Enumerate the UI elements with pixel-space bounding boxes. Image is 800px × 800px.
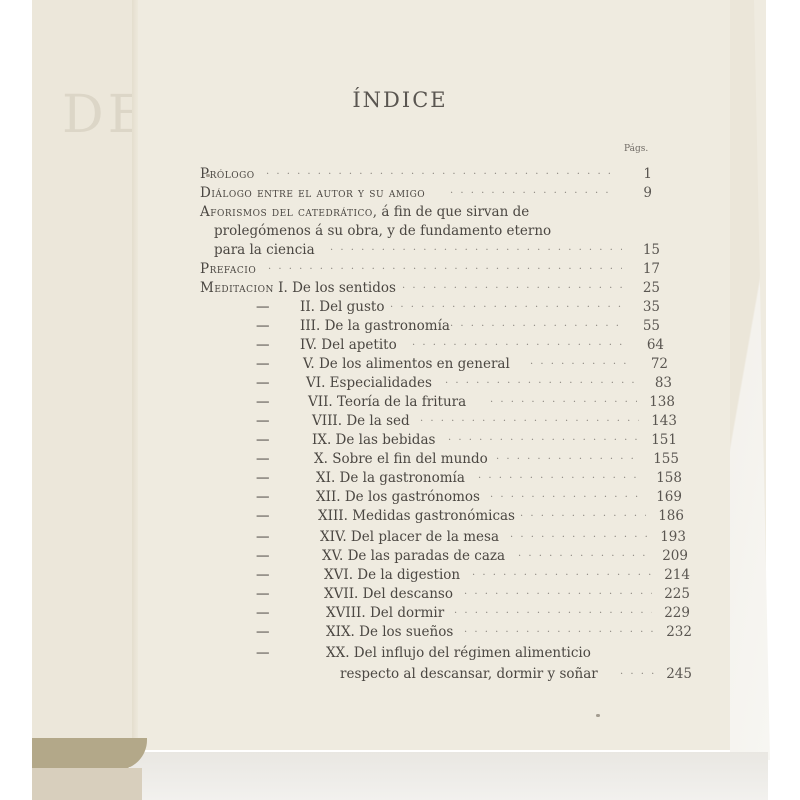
page-number: 55 <box>620 318 660 334</box>
toc-entry-label: XIX. De los sueños <box>326 624 453 640</box>
toc-entry-label: Diálogo entre el autor y su amigo <box>200 185 425 201</box>
toc-entry: —XVIII. Del dormir. . . . . . . . . . . … <box>200 605 720 624</box>
toc-entry: Prefacio. . . . . . . . . . . . . . . . … <box>200 261 720 280</box>
toc-entry: —XIII. Medidas gastronómicas. . . . . . … <box>200 508 720 527</box>
page-number: 72 <box>628 356 668 372</box>
toc-entry: —IV. Del apetito. . . . . . . . . . . . … <box>200 337 720 356</box>
cloth-binding <box>32 738 147 770</box>
toc-entry-label: prolegómenos á su obra, y de fundamento … <box>214 223 551 239</box>
dot-leader: . . . . . . . . . . . . . . . . . . . . … <box>330 242 622 253</box>
page-number: 186 <box>644 508 684 524</box>
dot-leader: . . . . . . . . . . . . . . . . . . . . … <box>530 356 630 367</box>
toc-entry: —II. Del gusto. . . . . . . . . . . . . … <box>200 299 720 318</box>
toc-entry: —XII. De los gastrónomos. . . . . . . . … <box>200 489 720 508</box>
toc-entry-label: XVIII. Del dormir <box>326 605 444 621</box>
toc-entry: Diálogo entre el autor y su amigo. . . .… <box>200 185 720 204</box>
toc-entry-label: II. Del gusto <box>300 299 385 315</box>
dot-leader: . . . . . . . . . . . . . . . . . . . . … <box>510 529 648 540</box>
toc-entry-label: VIII. De la sed <box>312 413 410 429</box>
page-number: 225 <box>650 586 690 602</box>
page-number: 193 <box>646 529 686 545</box>
dot-leader: . . . . . . . . . . . . . . . . . . . . … <box>478 470 644 481</box>
page-number: 155 <box>639 451 679 467</box>
page-number: 232 <box>652 624 692 640</box>
toc-entry-label: Aforismos del catedrático, á fin de que … <box>200 204 529 220</box>
toc-entry: —VI. Especialidades. . . . . . . . . . .… <box>200 375 720 394</box>
page-number: 151 <box>637 432 677 448</box>
ditto-dash: — <box>256 394 270 410</box>
toc-entry-label: IV. Del apetito <box>300 337 397 353</box>
toc-entry: —XVI. De la digestion. . . . . . . . . .… <box>200 567 720 586</box>
toc-entry: —XIV. Del placer de la mesa. . . . . . .… <box>200 529 720 548</box>
page-title: ÍNDICE <box>0 88 800 112</box>
toc-entry-label: para la ciencia <box>214 242 315 258</box>
dot-leader: . . . . . . . . . . . . . . . . . . . . … <box>412 337 626 348</box>
dot-leader: . . . . . . . . . . . . . . . . . . . . … <box>472 567 652 578</box>
dot-leader: . . . . . . . . . . . . . . . . . . . . … <box>450 318 622 329</box>
ditto-dash: — <box>256 318 270 334</box>
toc-entry: —VIII. De la sed. . . . . . . . . . . . … <box>200 413 720 432</box>
dot-leader: . . . . . . . . . . . . . . . . . . . . … <box>518 548 650 559</box>
paper-speck <box>596 714 600 717</box>
toc-entry-label: III. De la gastronomía <box>300 318 450 334</box>
page-number: 1 <box>612 166 652 182</box>
page-number: 214 <box>650 567 690 583</box>
dot-leader: . . . . . . . . . . . . . . . . . . . . … <box>454 605 652 616</box>
page-number: 209 <box>648 548 688 564</box>
ditto-dash: — <box>256 645 270 661</box>
toc-entry-label: XI. De la gastronomía <box>316 470 465 486</box>
toc-entry: prolegómenos á su obra, y de fundamento … <box>200 223 720 242</box>
toc-entry: —III. De la gastronomía. . . . . . . . .… <box>200 318 720 337</box>
dot-leader: . . . . . . . . . . . . . . . . . . . . … <box>620 666 654 677</box>
ditto-dash: — <box>256 567 270 583</box>
paper-speck <box>206 174 210 177</box>
dot-leader: . . . . . . . . . . . . . . . . . . . . … <box>448 432 639 443</box>
ditto-dash: — <box>256 451 270 467</box>
toc-entry: —XI. De la gastronomía. . . . . . . . . … <box>200 470 720 489</box>
dot-leader: . . . . . . . . . . . . . . . . . . . . … <box>490 489 644 500</box>
page-number: 25 <box>620 280 660 296</box>
toc-entry-label: respecto al descansar, dormir y soñar <box>340 666 598 682</box>
ditto-dash: — <box>256 432 270 448</box>
toc-entry: —V. De los alimentos en general. . . . .… <box>200 356 720 375</box>
ditto-dash: — <box>256 624 270 640</box>
ditto-dash: — <box>256 375 270 391</box>
ditto-dash: — <box>256 529 270 545</box>
toc-entry: —XV. De las paradas de caza. . . . . . .… <box>200 548 720 567</box>
toc-entry: Prólogo. . . . . . . . . . . . . . . . .… <box>200 166 720 185</box>
page-number: 229 <box>650 605 690 621</box>
toc-entry-label: XIV. Del placer de la mesa <box>320 529 499 545</box>
toc-entry-label: XII. De los gastrónomos <box>316 489 480 505</box>
ditto-dash: — <box>256 337 270 353</box>
dot-leader: . . . . . . . . . . . . . . . . . . . . … <box>390 299 622 310</box>
page-number: 158 <box>642 470 682 486</box>
dot-leader: . . . . . . . . . . . . . . . . . . . . … <box>464 586 652 597</box>
ditto-dash: — <box>256 548 270 564</box>
dot-leader: . . . . . . . . . . . . . . . . . . . . … <box>445 375 634 386</box>
ditto-dash: — <box>256 489 270 505</box>
page-number: 143 <box>637 413 677 429</box>
toc-entry-label: XVII. Del descanso <box>324 586 453 602</box>
ditto-dash: — <box>256 508 270 524</box>
toc-entry-label: IX. De las bebidas <box>312 432 435 448</box>
page-number: 169 <box>642 489 682 505</box>
toc-entry-label: Prefacio <box>200 261 256 277</box>
ditto-dash: — <box>256 299 270 315</box>
dot-leader: . . . . . . . . . . . . . . . . . . . . … <box>402 280 622 291</box>
page-number: 17 <box>620 261 660 277</box>
toc-entry: respecto al descansar, dormir y soñar. .… <box>200 666 720 685</box>
page-number: 15 <box>620 242 660 258</box>
page-number: 138 <box>635 394 675 410</box>
dot-leader: . . . . . . . . . . . . . . . . . . . . … <box>464 624 654 635</box>
page-number: 9 <box>612 185 652 201</box>
toc-entry: para la ciencia. . . . . . . . . . . . .… <box>200 242 720 261</box>
toc-entry: —XX. Del influjo del régimen alimenticio <box>200 645 720 664</box>
ditto-dash: — <box>256 470 270 486</box>
toc-entry: Meditacion I. De los sentidos. . . . . .… <box>200 280 720 299</box>
dot-leader: . . . . . . . . . . . . . . . . . . . . … <box>520 508 646 519</box>
book-bottom-edge <box>130 752 768 800</box>
page-number: 64 <box>624 337 664 353</box>
binding-underside <box>32 768 142 800</box>
toc-entry: —XIX. De los sueños. . . . . . . . . . .… <box>200 624 720 643</box>
dot-leader: . . . . . . . . . . . . . . . . . . . . … <box>268 261 622 272</box>
dot-leader: . . . . . . . . . . . . . . . . . . . . … <box>490 394 637 405</box>
toc-entry: —IX. De las bebidas. . . . . . . . . . .… <box>200 432 720 451</box>
toc-entry-label: XIII. Medidas gastronómicas <box>318 508 515 524</box>
page-column-label: Págs. <box>624 144 648 154</box>
toc-entry-label: X. Sobre el fin del mundo <box>314 451 488 467</box>
dot-leader: . . . . . . . . . . . . . . . . . . . . … <box>450 185 614 196</box>
toc-entry-label: V. De los alimentos en general <box>303 356 510 372</box>
toc-entry-label: VII. Teoría de la fritura <box>308 394 466 410</box>
toc-entry: Aforismos del catedrático, á fin de que … <box>200 204 720 223</box>
toc-entry-label: XV. De las paradas de caza <box>322 548 505 564</box>
page-number: 35 <box>620 299 660 315</box>
page-number: 245 <box>652 666 692 682</box>
ditto-dash: — <box>256 605 270 621</box>
dot-leader: . . . . . . . . . . . . . . . . . . . . … <box>420 413 639 424</box>
toc-entry: —VII. Teoría de la fritura. . . . . . . … <box>200 394 720 413</box>
toc-entry: —XVII. Del descanso. . . . . . . . . . .… <box>200 586 720 605</box>
toc-entry-label: XVI. De la digestion <box>324 567 460 583</box>
toc-entry: —X. Sobre el fin del mundo. . . . . . . … <box>200 451 720 470</box>
page-number: 83 <box>632 375 672 391</box>
toc-entry-label: XX. Del influjo del régimen alimenticio <box>326 645 591 661</box>
ditto-dash: — <box>256 356 270 372</box>
ditto-dash: — <box>256 586 270 602</box>
dot-leader: . . . . . . . . . . . . . . . . . . . . … <box>266 166 614 177</box>
dot-leader: . . . . . . . . . . . . . . . . . . . . … <box>496 451 641 462</box>
toc-entry-label: VI. Especialidades <box>306 375 432 391</box>
ditto-dash: — <box>256 413 270 429</box>
toc-entry-label: Meditacion I. De los sentidos <box>200 280 396 296</box>
